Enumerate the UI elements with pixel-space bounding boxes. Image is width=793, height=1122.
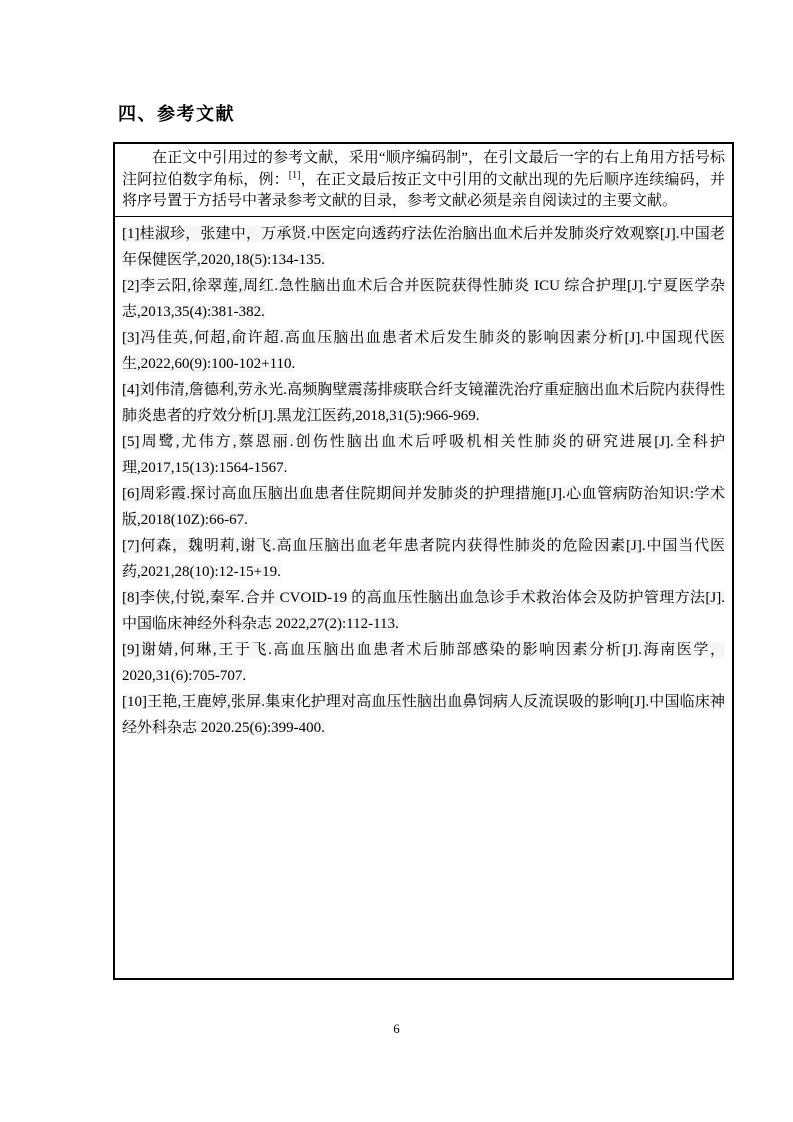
reference-text-7: [7]何森，魏明莉,谢飞.高血压脑出血老年患者院内获得性肺炎的危险因素[J].中…: [122, 538, 725, 580]
citation-superscript-example: [1]: [289, 170, 301, 181]
page-number: 6: [0, 1021, 793, 1037]
reference-text-5: [5]周鹭,尤伟方,蔡恩丽.创伤性脑出血术后呼吸机相关性肺炎的研究进展[J].全…: [122, 434, 725, 476]
reference-text-9: [9]谢婧,何琳,王于飞.高血压脑出血患者术后肺部感染的影响因素分析[J].海南…: [122, 642, 725, 684]
section-title: 四、参考文献: [118, 100, 235, 126]
reference-item-9: [9]谢婧,何琳,王于飞.高血压脑出血患者术后肺部感染的影响因素分析[J].海南…: [122, 637, 725, 689]
document-page: 四、参考文献 在正文中引用过的参考文献，采用“顺序编码制”，在引文最后一字的右上…: [0, 0, 793, 1122]
reference-item-1: [1]桂淑珍，张建中，万承贤.中医定向透药疗法佐治脑出血术后并发肺炎疗效观察[J…: [122, 221, 725, 273]
instruction-cell: 在正文中引用过的参考文献，采用“顺序编码制”，在引文最后一字的右上角用方括号标注…: [115, 144, 732, 217]
reference-text-2: [2]李云阳,徐翠莲,周红.急性脑出血术后合并医院获得性肺炎 ICU 综合护理[…: [122, 278, 725, 320]
reference-item-6: [6]周彩霞.探讨高血压脑出血患者住院期间并发肺炎的护理措施[J].心血管病防治…: [122, 481, 725, 533]
reference-item-10: [10]王艳,王鹿婷,张屏.集束化护理对高血压性脑出血鼻饲病人反流误吸的影响[J…: [122, 689, 725, 741]
reference-item-8: [8]李侠,付锐,秦军.合并 CVOID-19 的高血压性脑出血急诊手术救治体会…: [122, 585, 725, 637]
reference-text-1: [1]桂淑珍，张建中，万承贤.中医定向透药疗法佐治脑出血术后并发肺炎疗效观察[J…: [122, 226, 725, 268]
references-cell: [1]桂淑珍，张建中，万承贤.中医定向透药疗法佐治脑出血术后并发肺炎疗效观察[J…: [115, 217, 732, 979]
reference-text-4: [4]刘伟清,詹德利,劳永光.高频胸壁震荡排痰联合纤支镜灌洗治疗重症脑出血术后院…: [122, 382, 725, 424]
reference-item-4: [4]刘伟清,詹德利,劳永光.高频胸壁震荡排痰联合纤支镜灌洗治疗重症脑出血术后院…: [122, 377, 725, 429]
reference-text-10: [10]王艳,王鹿婷,张屏.集束化护理对高血压性脑出血鼻饲病人反流误吸的影响[J…: [122, 694, 725, 736]
instruction-paragraph: 在正文中引用过的参考文献，采用“顺序编码制”，在引文最后一字的右上角用方括号标注…: [122, 148, 725, 213]
reference-text-3: [3]冯佳英,何超,俞许超.高血压脑出血患者术后发生肺炎的影响因素分析[J].中…: [122, 330, 725, 372]
reference-item-2: [2]李云阳,徐翠莲,周红.急性脑出血术后合并医院获得性肺炎 ICU 综合护理[…: [122, 273, 725, 325]
references-table: 在正文中引用过的参考文献，采用“顺序编码制”，在引文最后一字的右上角用方括号标注…: [113, 142, 734, 980]
reference-text-6: [6]周彩霞.探讨高血压脑出血患者住院期间并发肺炎的护理措施[J].心血管病防治…: [122, 486, 725, 528]
reference-text-8: [8]李侠,付锐,秦军.合并 CVOID-19 的高血压性脑出血急诊手术救治体会…: [122, 590, 725, 632]
reference-item-3: [3]冯佳英,何超,俞许超.高血压脑出血患者术后发生肺炎的影响因素分析[J].中…: [122, 325, 725, 377]
reference-item-5: [5]周鹭,尤伟方,蔡恩丽.创伤性脑出血术后呼吸机相关性肺炎的研究进展[J].全…: [122, 429, 725, 481]
reference-item-7: [7]何森，魏明莉,谢飞.高血压脑出血老年患者院内获得性肺炎的危险因素[J].中…: [122, 533, 725, 585]
